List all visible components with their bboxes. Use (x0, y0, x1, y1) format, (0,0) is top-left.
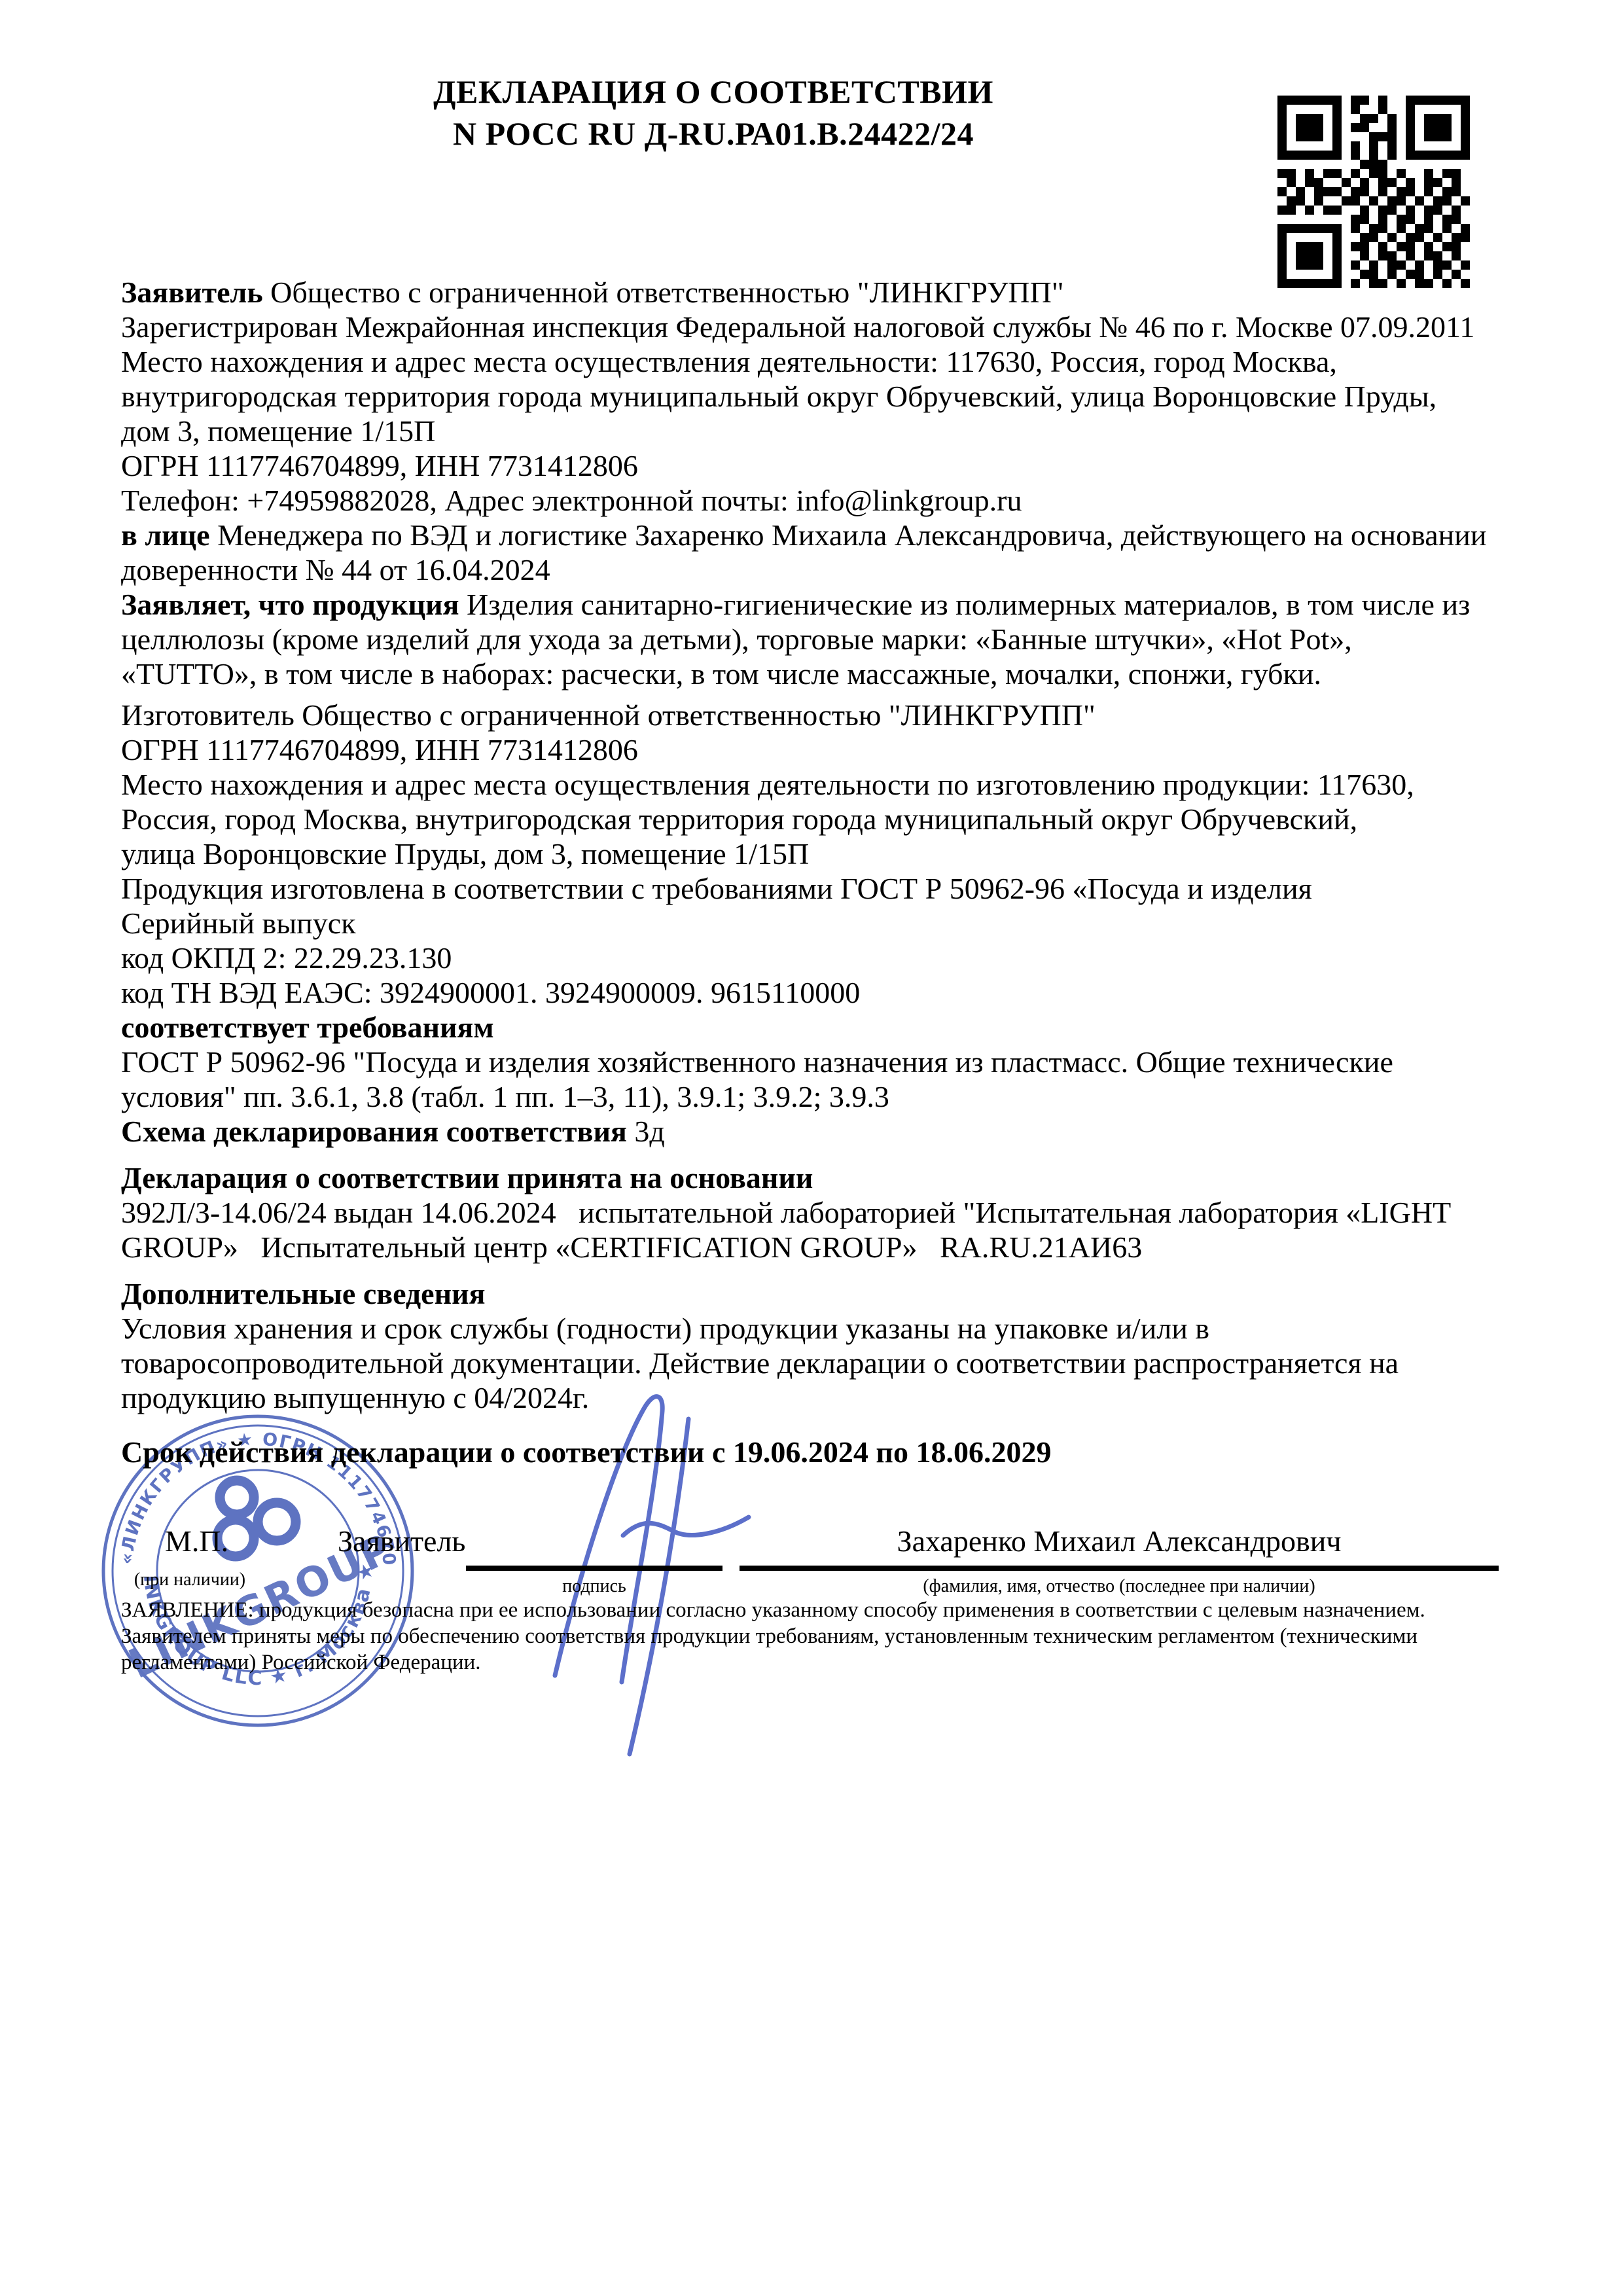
conformity-label: соответствует требованиям (121, 1011, 494, 1044)
serial-issue-line: Серийный выпуск (121, 906, 1508, 941)
applicant-label: Заявитель (121, 276, 263, 309)
text-line: Телефон: +74959882028, Адрес электронной… (121, 483, 1508, 518)
text-line: Зарегистрирован Межрайонная инспекция Фе… (121, 310, 1508, 344)
declares-label: Заявляет, что продукция (121, 588, 459, 621)
text-line: Изготовитель Общество с ограниченной отв… (121, 698, 1508, 732)
text-line: Россия, город Москва, внутригородская те… (121, 802, 1508, 836)
text-line: GROUP» Испытательный центр «CERTIFICATIO… (121, 1230, 1508, 1265)
text-line: дом 3, помещение 1/15П (121, 414, 1508, 448)
qr-code (1277, 96, 1470, 288)
text-line: целлюлозы (кроме изделий для ухода за де… (121, 622, 1508, 656)
text-line: ОГРН 1117746704899, ИНН 7731412806 (121, 732, 1508, 767)
text-line: условия" пп. 3.6.1, 3.8 (табл. 1 пп. 1–3… (121, 1079, 1508, 1114)
text-line: Продукция изготовлена в соответствии с т… (121, 871, 1508, 906)
text-line: ОГРН 1117746704899, ИНН 7731412806 (121, 448, 1508, 483)
text-line: доверенности № 44 от 16.04.2024 (121, 552, 1508, 587)
text-line: Заявитель Общество с ограниченной ответс… (121, 275, 1508, 310)
tnved-code-line: код ТН ВЭД ЕАЭС: 3924900001. 3924900009.… (121, 975, 1508, 1010)
text-line: внутригородская территория города муници… (121, 379, 1508, 414)
paragraph-basis: Декларация о соответствии принята на осн… (121, 1160, 1508, 1265)
handwritten-signature (458, 1335, 825, 1767)
text-line: в лице Менеджера по ВЭД и логистике Заха… (121, 518, 1508, 552)
basis-heading: Декларация о соответствии принята на осн… (121, 1160, 1508, 1195)
paragraph-applicant: Заявитель Общество с ограниченной ответс… (121, 275, 1508, 587)
company-stamp: ООО «ЛИНКГРУПП» ★ ОГРН 1117746704899 LIN… (99, 1412, 416, 1729)
full-name-caption: (фамилия, имя, отчество (последнее при н… (740, 1576, 1499, 1597)
paragraph-conformity: соответствует требованиям ГОСТ Р 50962-9… (121, 1010, 1508, 1114)
document-header: ДЕКЛАРАЦИЯ О СООТВЕТСТВИИ N РОСС RU Д-RU… (0, 71, 1427, 154)
paragraph-manufacturer: Изготовитель Общество с ограниченной отв… (121, 698, 1508, 906)
page-title: ДЕКЛАРАЦИЯ О СООТВЕТСТВИИ (0, 71, 1427, 113)
stamp-rings-logo (217, 1480, 296, 1556)
paragraph-declares: Заявляет, что продукция Изделия санитарн… (121, 587, 1508, 691)
text-line: улица Воронцовские Пруды, дом 3, помещен… (121, 836, 1508, 871)
text-line: Схема декларирования соответствия 3д (121, 1114, 1508, 1149)
text-line: Место нахождения и адрес места осуществл… (121, 344, 1508, 379)
document-page: ДЕКЛАРАЦИЯ О СООТВЕТСТВИИ N РОСС RU Д-RU… (0, 0, 1623, 2296)
additional-heading: Дополнительные сведения (121, 1276, 1508, 1311)
in-face-label: в лице (121, 518, 210, 552)
text-line: «TUTTO», в том числе в наборах: расчески… (121, 656, 1508, 691)
text-line: 392Л/З-14.06/24 выдан 14.06.2024 испытат… (121, 1195, 1508, 1230)
signer-full-name: Захаренко Михаил Александрович (740, 1525, 1499, 1558)
text-line: Место нахождения и адрес места осуществл… (121, 767, 1508, 802)
declaration-number: N РОСС RU Д-RU.РА01.В.24422/24 (0, 113, 1427, 154)
text-line: соответствует требованиям (121, 1010, 1508, 1045)
okpd2-code-line: код ОКПД 2: 22.29.23.130 (121, 941, 1508, 975)
text-line: Заявляет, что продукция Изделия санитарн… (121, 587, 1508, 622)
paragraph-production-codes: Серийный выпуск код ОКПД 2: 22.29.23.130… (121, 906, 1508, 1010)
paragraph-scheme: Схема декларирования соответствия 3д (121, 1114, 1508, 1149)
scheme-label: Схема декларирования соответствия (121, 1115, 627, 1148)
document-body: Заявитель Общество с ограниченной ответс… (121, 275, 1508, 1469)
text-line: ГОСТ Р 50962-96 "Посуда и изделия хозяйс… (121, 1045, 1508, 1079)
full-name-line (740, 1566, 1499, 1571)
